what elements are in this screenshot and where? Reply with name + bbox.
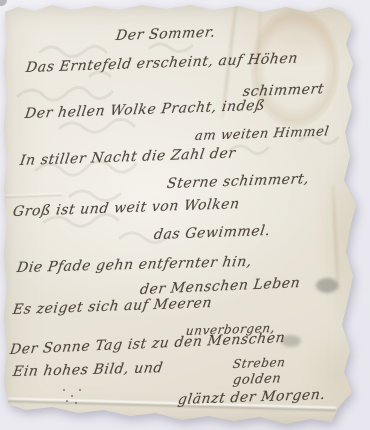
manuscript-line: golden [232, 371, 282, 388]
manuscript-line: der Menschen Leben [139, 275, 301, 298]
manuscript-line: Das Erntefeld erscheint, auf Höhen [25, 50, 299, 76]
ink-dot [71, 395, 73, 397]
paper-shadow: Der Sommer.Das Erntefeld erscheint, auf … [0, 0, 370, 430]
ink-dot [63, 389, 65, 391]
ink-dot [75, 402, 77, 404]
ink-dot [79, 389, 81, 391]
ink-smudge [316, 278, 338, 293]
manuscript-line: Der Sonne Tag ist zu den Menschen [9, 330, 286, 358]
manuscript-line: Streben [232, 355, 287, 371]
manuscript-line: Ein hohes Bild, und [12, 360, 164, 380]
manuscript-line: am weiten Himmel [194, 124, 330, 144]
manuscript-line: Groß ist und weit von Wolken [12, 196, 241, 220]
manuscript-paper: Der Sommer.Das Erntefeld erscheint, auf … [0, 0, 370, 430]
stain-streak-right [331, 185, 339, 290]
manuscript-line: glänzt der Morgen. [177, 387, 327, 408]
manuscript-line: Der hellen Wolke Pracht, indeß [24, 98, 266, 122]
manuscript-line: Es zeiget sich auf Meeren [12, 295, 213, 318]
fold-crease-left [0, 193, 62, 199]
manuscript-line: Sterne schimmert, [166, 171, 310, 192]
manuscript-line: Die Pfade gehn entfernter hin, [16, 254, 253, 276]
manuscript-line: Der Sommer. [115, 24, 217, 44]
manuscript-line: In stiller Nacht die Zahl der [19, 145, 237, 169]
manuscript-line: das Gewimmel. [153, 223, 272, 243]
water-stain-bottom-right [300, 330, 370, 420]
ink-dot [66, 400, 68, 402]
photo-background: Der Sommer.Das Erntefeld erscheint, auf … [0, 0, 370, 430]
